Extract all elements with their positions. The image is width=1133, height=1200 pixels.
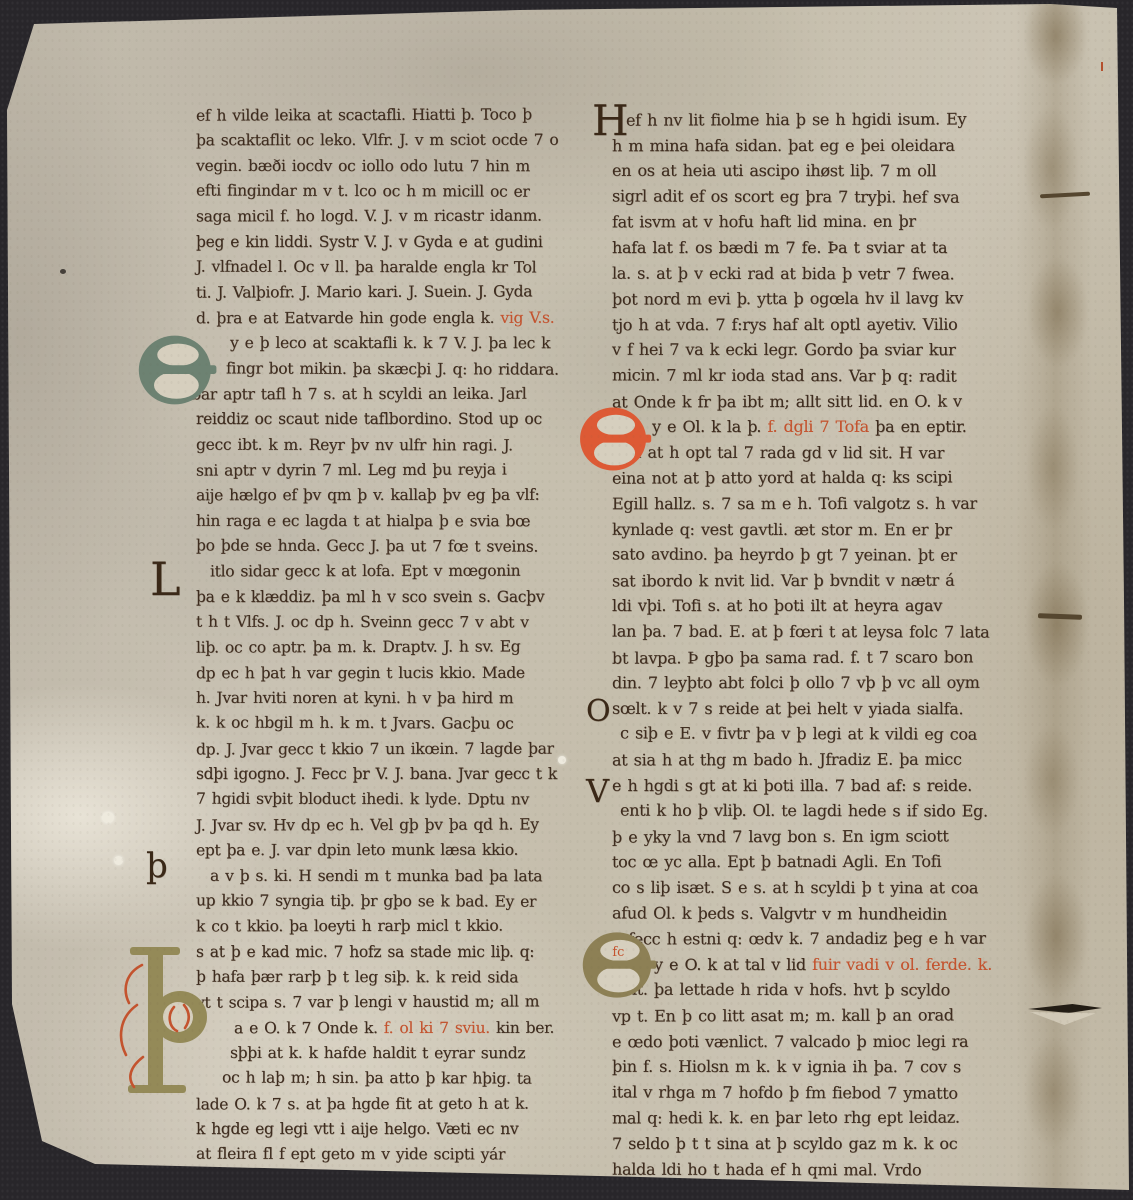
text-line: k hgde eg legi vtt i aije helgo. Væti ec… — [196, 1120, 518, 1145]
body-text: fingr bot mikin. þa skæcþi J. q: ho ridd… — [226, 359, 559, 378]
stitch-mark — [1038, 613, 1082, 620]
parchment-hole — [558, 756, 566, 764]
body-text: itlo sidar gecc k at lofa. Ept v mœgonin — [210, 562, 520, 581]
text-line: vegin. bæði iocdv oc iollo odo lutu 7 hi… — [196, 156, 530, 181]
rubric-text: f. ol ki 7 sviu. — [384, 1018, 490, 1036]
text-line: la. s. at þ v ecki rad at bida þ vetr 7 … — [612, 263, 954, 289]
body-text: co s liþ isæt. S e s. at h scyldi þ t yi… — [612, 878, 978, 897]
text-line: h. Jvar hviti noren at kyni. h v þa hird… — [196, 689, 513, 714]
text-line: t h t Vlfs. J. oc dp h. Sveinn gecc 7 v … — [196, 613, 529, 639]
body-text: mal q: hedi k. k. en þar leto rhg ept le… — [612, 1108, 960, 1128]
text-line: d. þra e at Eatvarde hin gode engla k. v… — [196, 309, 554, 334]
body-text: liþ. oc co aptr. þa m. k. Draptv. J. h s… — [196, 638, 520, 657]
text-line: lade O. k 7 s. at þa hgde fit at geto h … — [196, 1094, 529, 1120]
body-text: þo þde se hnda. Gecc J. þa ut 7 fœ t sve… — [196, 536, 538, 555]
body-text: J. vlfnadel l. Oc v ll. þa haralde engla… — [196, 258, 536, 277]
body-text: sþþi at k. k hafde haldit t eyrar sundz — [230, 1044, 525, 1062]
body-text: sni aptr v dyrin 7 ml. Leg md þu reyja i — [196, 460, 507, 479]
text-line: c siþ e E. v fivtr þa v þ legi at k vild… — [620, 724, 977, 750]
body-text: enti k ho þ vliþ. Ol. te lagdi hede s if… — [620, 801, 988, 821]
text-line: a e O. k 7 Onde k. f. ol ki 7 sviu. kin … — [234, 1018, 554, 1043]
text-line: aije hælgo ef þv qm þ v. kallaþ þv eg þa… — [196, 486, 539, 511]
margin-capital-H: H — [592, 96, 629, 145]
text-line: y e þ leco at scaktafli k. k 7 V. J. þa … — [230, 334, 550, 359]
text-line: e h hgdi s gt at ki þoti illa. 7 bad af:… — [612, 776, 972, 801]
text-line: at sia h at thg m bado h. Jfradiz E. þa … — [612, 750, 962, 776]
body-text: s at þ e kad mic. 7 hofz sa stade mic li… — [196, 943, 534, 961]
rubric-text: f. dgli 7 Tofa — [767, 417, 868, 436]
small-red-mark — [1101, 62, 1103, 71]
body-text: en os at heia uti ascipo ihøst liþ. 7 m … — [612, 161, 936, 180]
text-line: sœlt. k v 7 s reide at þei helt v yiada … — [612, 699, 963, 724]
body-text: vp t. En þ co litt asat m; m. kall þ an … — [612, 1005, 954, 1025]
body-text: 7 fecc h estni q: œdv k. 7 andadiz þeg e… — [612, 929, 986, 949]
text-line: sþþi at k. k hafde haldit t eyrar sundz — [230, 1044, 525, 1069]
body-text: sigrl adit ef os scort eg þra 7 tryþi. h… — [612, 186, 959, 206]
text-line: h m mina hafa sidan. þat eg e þei oleida… — [612, 135, 955, 160]
text-line: sigrl adit ef os scort eg þra 7 tryþi. h… — [612, 186, 959, 212]
parchment-slit-flap — [1030, 1012, 1096, 1025]
text-line: tjo h at vda. 7 f:rys haf alt optl ayeti… — [612, 315, 957, 340]
text-line: itlo sidar gecc k at lofa. Ept v mœgonin — [210, 562, 520, 588]
body-text: oc h laþ m; h sin. þa atto þ kar hþig. t… — [222, 1069, 532, 1088]
body-text: h m mina hafa sidan. þat eg e þei oleida… — [612, 135, 955, 154]
text-line: þ hafa þær rarþ þ t leg siþ. k. k reid s… — [196, 967, 518, 993]
text-line: vp t. En þ co litt asat m; m. kall þ an … — [612, 1005, 954, 1031]
body-text: y e Ol. k la þ. — [652, 417, 767, 436]
text-line: up kkio 7 syngia tiþ. þr gþo se k bad. E… — [196, 891, 536, 917]
body-text: þ hafa þær rarþ þ t leg siþ. k. k reid s… — [196, 967, 518, 986]
body-text: þa at h opt tal 7 rada gd v lid sit. H v… — [622, 442, 944, 462]
initial-uncial-e-red — [579, 406, 653, 472]
text-line: þa scaktaflit oc leko. Vlfr. J. v m scio… — [196, 131, 558, 156]
text-line: þeg e kin liddi. Systr V. J. v Gyda e at… — [196, 233, 543, 258]
text-line: bt lavpa. Þ gþo þa sama rad. f. t 7 scar… — [612, 647, 973, 673]
text-line: hin raga e ec lagda t at hialpa þ e svia… — [196, 511, 530, 536]
body-text: k hgde eg legi vtt i aije helgo. Væti ec… — [196, 1120, 518, 1138]
text-line: y e O. k at tal v lid fuir vadi v ol. fe… — [654, 955, 992, 980]
text-line: enti k ho þ vliþ. Ol. te lagdi hede s if… — [620, 801, 988, 827]
text-line: micin. 7 ml kr ioda stad ans. Var þ q: r… — [612, 365, 957, 391]
body-text: sœlt. k v 7 s reide at þei helt v yiada … — [612, 699, 963, 718]
text-line: en os at heia uti ascipo ihøst liþ. 7 m … — [612, 161, 936, 186]
body-text: a v þ s. ki. H sendi m t munka bad þa la… — [210, 866, 542, 884]
text-line: sat ibordo k nvit lid. Var þ bvndit v næ… — [612, 570, 954, 596]
body-text: sato avdino. þa heyrdo þ gt 7 yeinan. þt… — [612, 545, 957, 565]
body-text: þot nord m evi þ. ytta þ ogœla hv il lav… — [612, 289, 963, 309]
body-text: þeg e kin liddi. Systr V. J. v Gyda e at… — [196, 233, 543, 251]
text-line: ti. J. Valþiofr. J. Mario kari. J. Suein… — [196, 283, 532, 309]
text-line: þin f. s. Hiolsn m k. k v ignia ih þa. 7… — [612, 1057, 961, 1082]
body-text: sit. þa lettade h rida v hofs. hvt þ scy… — [624, 980, 950, 1000]
text-line: þo þde se hnda. Gecc J. þa ut 7 fœ t sve… — [196, 536, 538, 562]
text-line: at fleira fl f ept geto m v yide scipti … — [196, 1145, 505, 1171]
text-line: dp ec h þat h var gegin t lucis kkio. Ma… — [196, 663, 525, 688]
body-text: dp. J. Jvar gecc t kkio 7 un ikœin. 7 la… — [196, 739, 554, 758]
body-text: e œdo þoti vænlict. 7 valcado þ mioc leg… — [612, 1031, 968, 1050]
margin-capital-L: L — [150, 552, 181, 606]
body-text: c siþ e E. v fivtr þa v þ legi at k vild… — [620, 724, 977, 744]
text-line: hafa lat f. os bædi m 7 fe. Þa t sviar a… — [612, 238, 947, 263]
body-text: fat isvm at v hofu haft lid mina. en þr — [612, 212, 916, 232]
body-text: eina not at þ atto yord at halda q: ks s… — [612, 468, 952, 488]
text-line: s at þ e kad mic. 7 hofz sa stade mic li… — [196, 943, 534, 968]
body-text: k. k oc hbgil m h. k m. t Jvars. Gacþu o… — [196, 714, 514, 733]
body-text: kin ber. — [490, 1018, 554, 1036]
body-text: y e O. k at tal v lid — [654, 955, 812, 974]
body-text: efti fingindar m v t. lco oc h m micill … — [196, 181, 530, 200]
initial-thorn-olive — [112, 944, 222, 1096]
parchment-hole — [102, 812, 114, 823]
text-line: Egill hallz. s. 7 sa m e h. Tofi valgotz… — [612, 494, 977, 519]
body-text: þa scaktaflit oc leko. Vlfr. J. v m scio… — [196, 131, 558, 149]
text-line: eina not at þ atto yord at halda q: ks s… — [612, 468, 952, 494]
text-line: e œdo þoti vænlict. 7 valcado þ mioc leg… — [612, 1031, 968, 1056]
text-line: J. Jvar sv. Hv dp ec h. Vel gþ þv þa qd … — [196, 815, 539, 841]
manuscript-page: ef h vilde leika at scactafli. Hiatti þ.… — [0, 0, 1133, 1200]
text-line: toc œ yc alla. Ept þ batnadi Agli. En To… — [612, 852, 941, 877]
body-text: y e þ leco at scaktafli k. k 7 V. J. þa … — [230, 334, 550, 352]
body-text: lade O. k 7 s. at þa hgde fit at geto h … — [196, 1094, 529, 1113]
text-line: sni aptr v dyrin 7 ml. Leg md þu reyja i — [196, 460, 507, 486]
body-text: hafa lat f. os bædi m 7 fe. Þa t sviar a… — [612, 238, 947, 257]
body-text: ital v rhga m 7 hofdo þ fm fiebod 7 ymat… — [612, 1082, 958, 1102]
body-text: dp ec h þat h var gegin t lucis kkio. Ma… — [196, 663, 525, 681]
body-text: þ e yky la vnd 7 lavg bon s. En igm scio… — [612, 826, 949, 846]
text-line: kynlade q: vest gavtli. æt stor m. En er… — [612, 519, 952, 544]
text-line: 7 hgidi svþit bloduct ihedi. k lyde. Dpt… — [196, 790, 529, 816]
initial-uncial-e-olive: fc — [582, 930, 658, 1000]
body-text: k bar aptr tafl h 7 s. at h scyldi an le… — [176, 384, 527, 403]
body-text: la. s. at þ v ecki rad at bida þ vetr 7 … — [612, 263, 954, 283]
body-text: tjo h at vda. 7 f:rys haf alt optl ayeti… — [612, 315, 957, 334]
text-line: ital v rhga m 7 hofdo þ fm fiebod 7 ymat… — [612, 1082, 958, 1108]
text-line: ldi vþi. Tofi s. at ho þoti ilt at heyra… — [612, 596, 942, 621]
text-line: din. 7 leyþto abt folci þ ollo 7 vþ þ vc… — [612, 673, 980, 698]
body-text: micin. 7 ml kr ioda stad ans. Var þ q: r… — [612, 365, 957, 385]
text-line: y e Ol. k la þ. f. dgli 7 Tofa þa en ept… — [652, 417, 967, 442]
text-line: sit. þa lettade h rida v hofs. hvt þ scy… — [624, 980, 950, 1006]
body-text: ldi vþi. Tofi s. at ho þoti ilt at heyra… — [612, 596, 942, 615]
body-text: vt t scipa s. 7 var þ lengi v haustid m;… — [196, 993, 539, 1012]
body-text: aije hælgo ef þv qm þ v. kallaþ þv eg þa… — [196, 486, 539, 504]
body-text: lan þa. 7 bad. E. at þ fœri t at leysa f… — [612, 622, 989, 642]
body-text: halda ldi ho t hada ef h qmi mal. Vrdo — [612, 1159, 921, 1179]
text-line: fat isvm at v hofu haft lid mina. en þr — [612, 212, 916, 238]
initial-uncial-e-green — [136, 334, 220, 406]
rubric-text: fuir vadi v ol. ferde. k. — [812, 955, 992, 974]
text-line: vt t scipa s. 7 var þ lengi v haustid m;… — [196, 993, 539, 1019]
text-line: þ e yky la vnd 7 lavg bon s. En igm scio… — [612, 826, 949, 852]
body-text: at fleira fl f ept geto m v yide scipti … — [196, 1145, 505, 1164]
rubric-text: vig V.s. — [500, 309, 554, 327]
svg-text:fc: fc — [612, 945, 624, 960]
margin-capital-þ: þ — [146, 846, 168, 886]
text-line: efti fingindar m v t. lco oc h m micill … — [196, 181, 530, 207]
body-text: bt lavpa. Þ gþo þa sama rad. f. t 7 scar… — [612, 647, 973, 667]
body-text: d. þra e at Eatvarde hin gode engla k. — [196, 309, 500, 327]
body-text: t h t Vlfs. J. oc dp h. Sveinn gecc 7 v … — [196, 613, 529, 632]
body-text: J. Jvar sv. Hv dp ec h. Vel gþ þv þa qd … — [196, 815, 539, 834]
text-line: ef h nv lit fiolme hia þ se h hgidi isum… — [626, 109, 966, 135]
body-text: sdþi igogno. J. Fecc þr V. J. bana. Jvar… — [196, 765, 557, 783]
body-text: ef h nv lit fiolme hia þ se h hgidi isum… — [626, 109, 966, 129]
body-text: at Onde k fr þa ibt m; allt sitt lid. en… — [612, 391, 962, 411]
text-line: k co t kkio. þa loeyti h rarþ micl t kki… — [196, 917, 503, 943]
margin-capital-V: V — [586, 772, 609, 810]
body-text: þa en eptir. — [869, 417, 967, 436]
text-line: mal q: hedi k. k. en þar leto rhg ept le… — [612, 1108, 960, 1134]
text-line: oc h laþ m; h sin. þa atto þ kar hþig. t… — [222, 1069, 532, 1095]
body-text: kynlade q: vest gavtli. æt stor m. En er… — [612, 519, 952, 538]
body-text: ept þa e. J. var dpin leto munk læsa kki… — [196, 841, 518, 859]
text-line: k bar aptr tafl h 7 s. at h scyldi an le… — [176, 384, 527, 410]
text-line: þa at h opt tal 7 rada gd v lid sit. H v… — [622, 442, 944, 468]
text-line: a v þ s. ki. H sendi m t munka bad þa la… — [210, 866, 542, 891]
body-text: reiddiz oc scaut nide taflbordino. Stod … — [196, 410, 542, 428]
body-text: up kkio 7 syngia tiþ. þr gþo se k bad. E… — [196, 891, 536, 910]
body-text: din. 7 leyþto abt folci þ ollo 7 vþ þ vc… — [612, 673, 980, 692]
binding-gutter-stain — [1016, 0, 1092, 1200]
text-line: k. k oc hbgil m h. k m. t Jvars. Gacþu o… — [196, 714, 514, 740]
text-line: v f hei 7 va k ecki legr. Gordo þa sviar… — [612, 340, 956, 365]
text-line: gecc ibt. k m. Reyr þv nv ulfr hin ragi.… — [196, 435, 513, 461]
body-text: gecc ibt. k m. Reyr þv nv ulfr hin ragi.… — [196, 435, 513, 454]
text-line: saga micil f. ho logd. V. J. v m ricastr… — [196, 207, 542, 233]
body-text: þa e k klæddiz. þa ml h v sco svein s. G… — [196, 588, 544, 606]
text-line: J. vlfnadel l. Oc v ll. þa haralde engla… — [196, 258, 536, 284]
text-line: afud Ol. k þeds s. Valgvtr v m hundheidi… — [612, 903, 947, 929]
ink-fleck — [60, 269, 66, 274]
body-text: sat ibordo k nvit lid. Var þ bvndit v næ… — [612, 570, 954, 590]
body-text: vegin. bæði iocdv oc iollo odo lutu 7 hi… — [196, 156, 530, 174]
text-line: fingr bot mikin. þa skæcþi J. q: ho ridd… — [226, 359, 559, 385]
body-text: 7 seldo þ t t sina at þ scyldo gaz m k. … — [612, 1134, 957, 1153]
body-text: afud Ol. k þeds s. Valgvtr v m hundheidi… — [612, 903, 947, 923]
body-text: saga micil f. ho logd. V. J. v m ricastr… — [196, 207, 542, 226]
text-line: liþ. oc co aptr. þa m. k. Draptv. J. h s… — [196, 638, 520, 664]
body-text: þin f. s. Hiolsn m k. k v ignia ih þa. 7… — [612, 1057, 961, 1076]
parchment-slit — [1028, 1004, 1102, 1013]
text-line: þot nord m evi þ. ytta þ ogœla hv il lav… — [612, 289, 963, 315]
body-text: ti. J. Valþiofr. J. Mario kari. J. Suein… — [196, 283, 532, 302]
text-line: sato avdino. þa heyrdo þ gt 7 yeinan. þt… — [612, 545, 957, 571]
text-line: co s liþ isæt. S e s. at h scyldi þ t yi… — [612, 878, 978, 903]
parchment-hole — [114, 856, 123, 865]
text-line: lan þa. 7 bad. E. at þ fœri t at leysa f… — [612, 622, 989, 648]
body-text: v f hei 7 va k ecki legr. Gordo þa sviar… — [612, 340, 956, 359]
text-line: sdþi igogno. J. Fecc þr V. J. bana. Jvar… — [196, 765, 557, 790]
stitch-mark — [1040, 192, 1090, 199]
body-text: toc œ yc alla. Ept þ batnadi Agli. En To… — [612, 852, 941, 871]
body-text: ef h vilde leika at scactafli. Hiatti þ.… — [196, 105, 532, 124]
text-line: at Onde k fr þa ibt m; allt sitt lid. en… — [612, 391, 962, 417]
body-text: Egill hallz. s. 7 sa m e h. Tofi valgotz… — [612, 494, 977, 513]
text-line: dp. J. Jvar gecc t kkio 7 un ikœin. 7 la… — [196, 739, 554, 765]
body-text: h. Jvar hviti noren at kyni. h v þa hird… — [196, 689, 513, 707]
text-line: 7 fecc h estni q: œdv k. 7 andadiz þeg e… — [612, 929, 986, 955]
text-line: ef h vilde leika at scactafli. Hiatti þ.… — [196, 105, 532, 131]
text-line: þa e k klæddiz. þa ml h v sco svein s. G… — [196, 588, 544, 613]
text-line: ept þa e. J. var dpin leto munk læsa kki… — [196, 841, 518, 866]
text-line: 7 seldo þ t t sina at þ scyldo gaz m k. … — [612, 1134, 957, 1159]
body-text: at sia h at thg m bado h. Jfradiz E. þa … — [612, 750, 962, 770]
margin-capital-O: O — [586, 694, 611, 729]
body-text: a e O. k 7 Onde k. — [234, 1019, 384, 1037]
body-text: hin raga e ec lagda t at hialpa þ e svia… — [196, 511, 530, 529]
body-text: k co t kkio. þa loeyti h rarþ micl t kki… — [196, 917, 503, 936]
text-line: reiddiz oc scaut nide taflbordino. Stod … — [196, 410, 542, 435]
body-text: 7 hgidi svþit bloduct ihedi. k lyde. Dpt… — [196, 790, 529, 809]
body-text: e h hgdi s gt at ki þoti illa. 7 bad af:… — [612, 776, 972, 795]
